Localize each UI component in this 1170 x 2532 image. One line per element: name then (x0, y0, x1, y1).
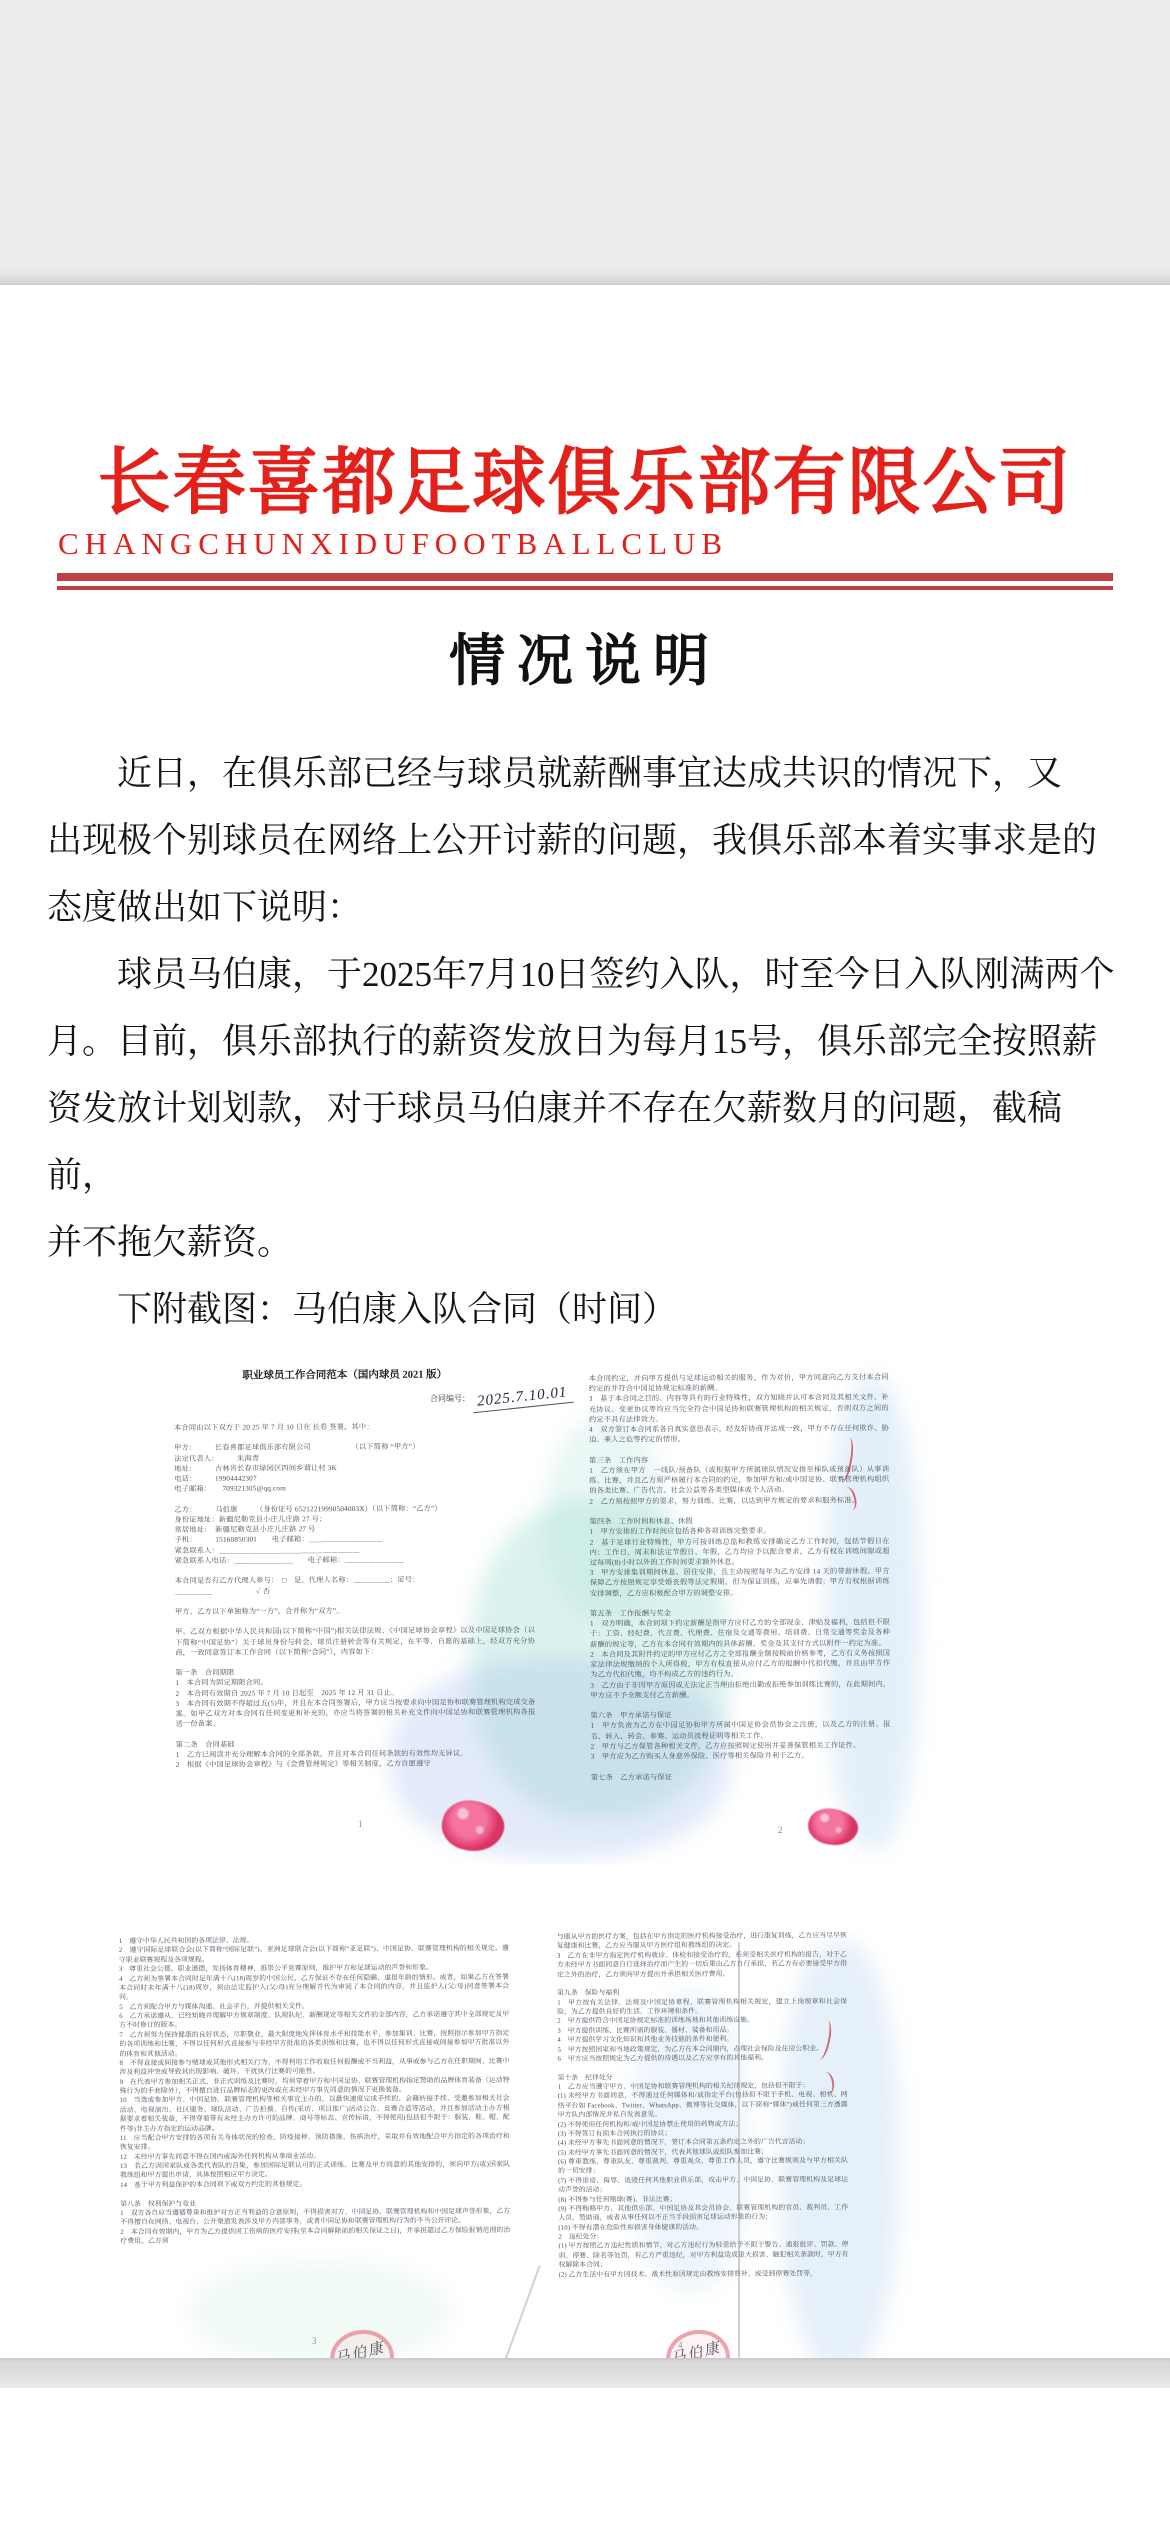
page-number: 3 (312, 2336, 317, 2346)
contract-title: 职业球员工作合同范本（国内球员 2021 版） (182, 1366, 508, 1383)
divider-thick-line (57, 573, 1113, 581)
statement-title: 情况说明 (0, 632, 1170, 692)
statement-paragraph-3: 下附截图：马伯康入队合同（时间） (47, 1276, 1123, 1343)
contract-page-2-text: 本合同约定，并向甲方提供与足球运动相关的服务，作为对价，甲方同意向乙方支付本合同… (589, 1372, 891, 1782)
contract-page-4-text: 与服从甲方的医疗方案，包括在甲方指定的医疗机构接受治疗，进行康复训练，乙方应当尽… (557, 1932, 849, 2280)
page-fold-crease (738, 1942, 740, 2362)
club-name-cn: 长春喜都足球俱乐部有限公司 (0, 443, 1170, 523)
contract-page-1-text: 本合同由以下双方于 20 25 年 7 月 10 日在 长春 签署，其中： 甲方… (174, 1421, 536, 1770)
top-gray-band (0, 0, 1170, 285)
statement-paragraph-1: 近日，在俱乐部已经与球员就薪酬事宜达成共识的情况下，又 出现极个别球员在网络上公… (47, 740, 1123, 941)
page-number: 1 (358, 1819, 363, 1829)
contract-page-4: 与服从甲方的医疗方案，包括在甲方指定的医疗机构接受治疗，进行康复训练，乙方应当尽… (557, 1932, 849, 2382)
statement-paragraph-2: 球员马伯康，于2025年7月10日签约入队，时至今日入队刚满两个 月。目前，俱乐… (47, 941, 1123, 1276)
contract-photo-1[interactable]: 职业球员工作合同范本（国内球员 2021 版） 本合同由以下双方于 20 25 … (90, 1359, 1080, 1864)
page-number: 2 (778, 1825, 783, 1835)
contract-page-1: 职业球员工作合同范本（国内球员 2021 版） 本合同由以下双方于 20 25 … (174, 1359, 537, 1864)
bottom-gray-band (0, 2358, 1170, 2388)
club-name-en: CHANGCHUNXIDUFOOTBALLCLUB (58, 527, 1112, 561)
contract-page-3-text: 1 遵守中华人民共和国的各项法律、法规。 2 遵守国际足球联合会(以下简称“国际… (119, 1935, 511, 2246)
statement-body: 近日，在俱乐部已经与球员就薪酬事宜达成共识的情况下，又 出现极个别球员在网络上公… (47, 740, 1123, 1343)
contract-number: 合同编号： 2025.7.10.01 (430, 1389, 573, 1408)
letterhead-divider (57, 573, 1113, 590)
contract-number-label: 合同编号： (430, 1394, 470, 1403)
divider-thin-line (57, 586, 1113, 590)
contract-photo-2[interactable]: 1 遵守中华人民共和国的各项法律、法规。 2 遵守国际足球联合会(以下简称“国际… (90, 1932, 1080, 2382)
contract-page-3: 1 遵守中华人民共和国的各项法律、法规。 2 遵守国际足球联合会(以下简称“国际… (119, 1935, 511, 2382)
